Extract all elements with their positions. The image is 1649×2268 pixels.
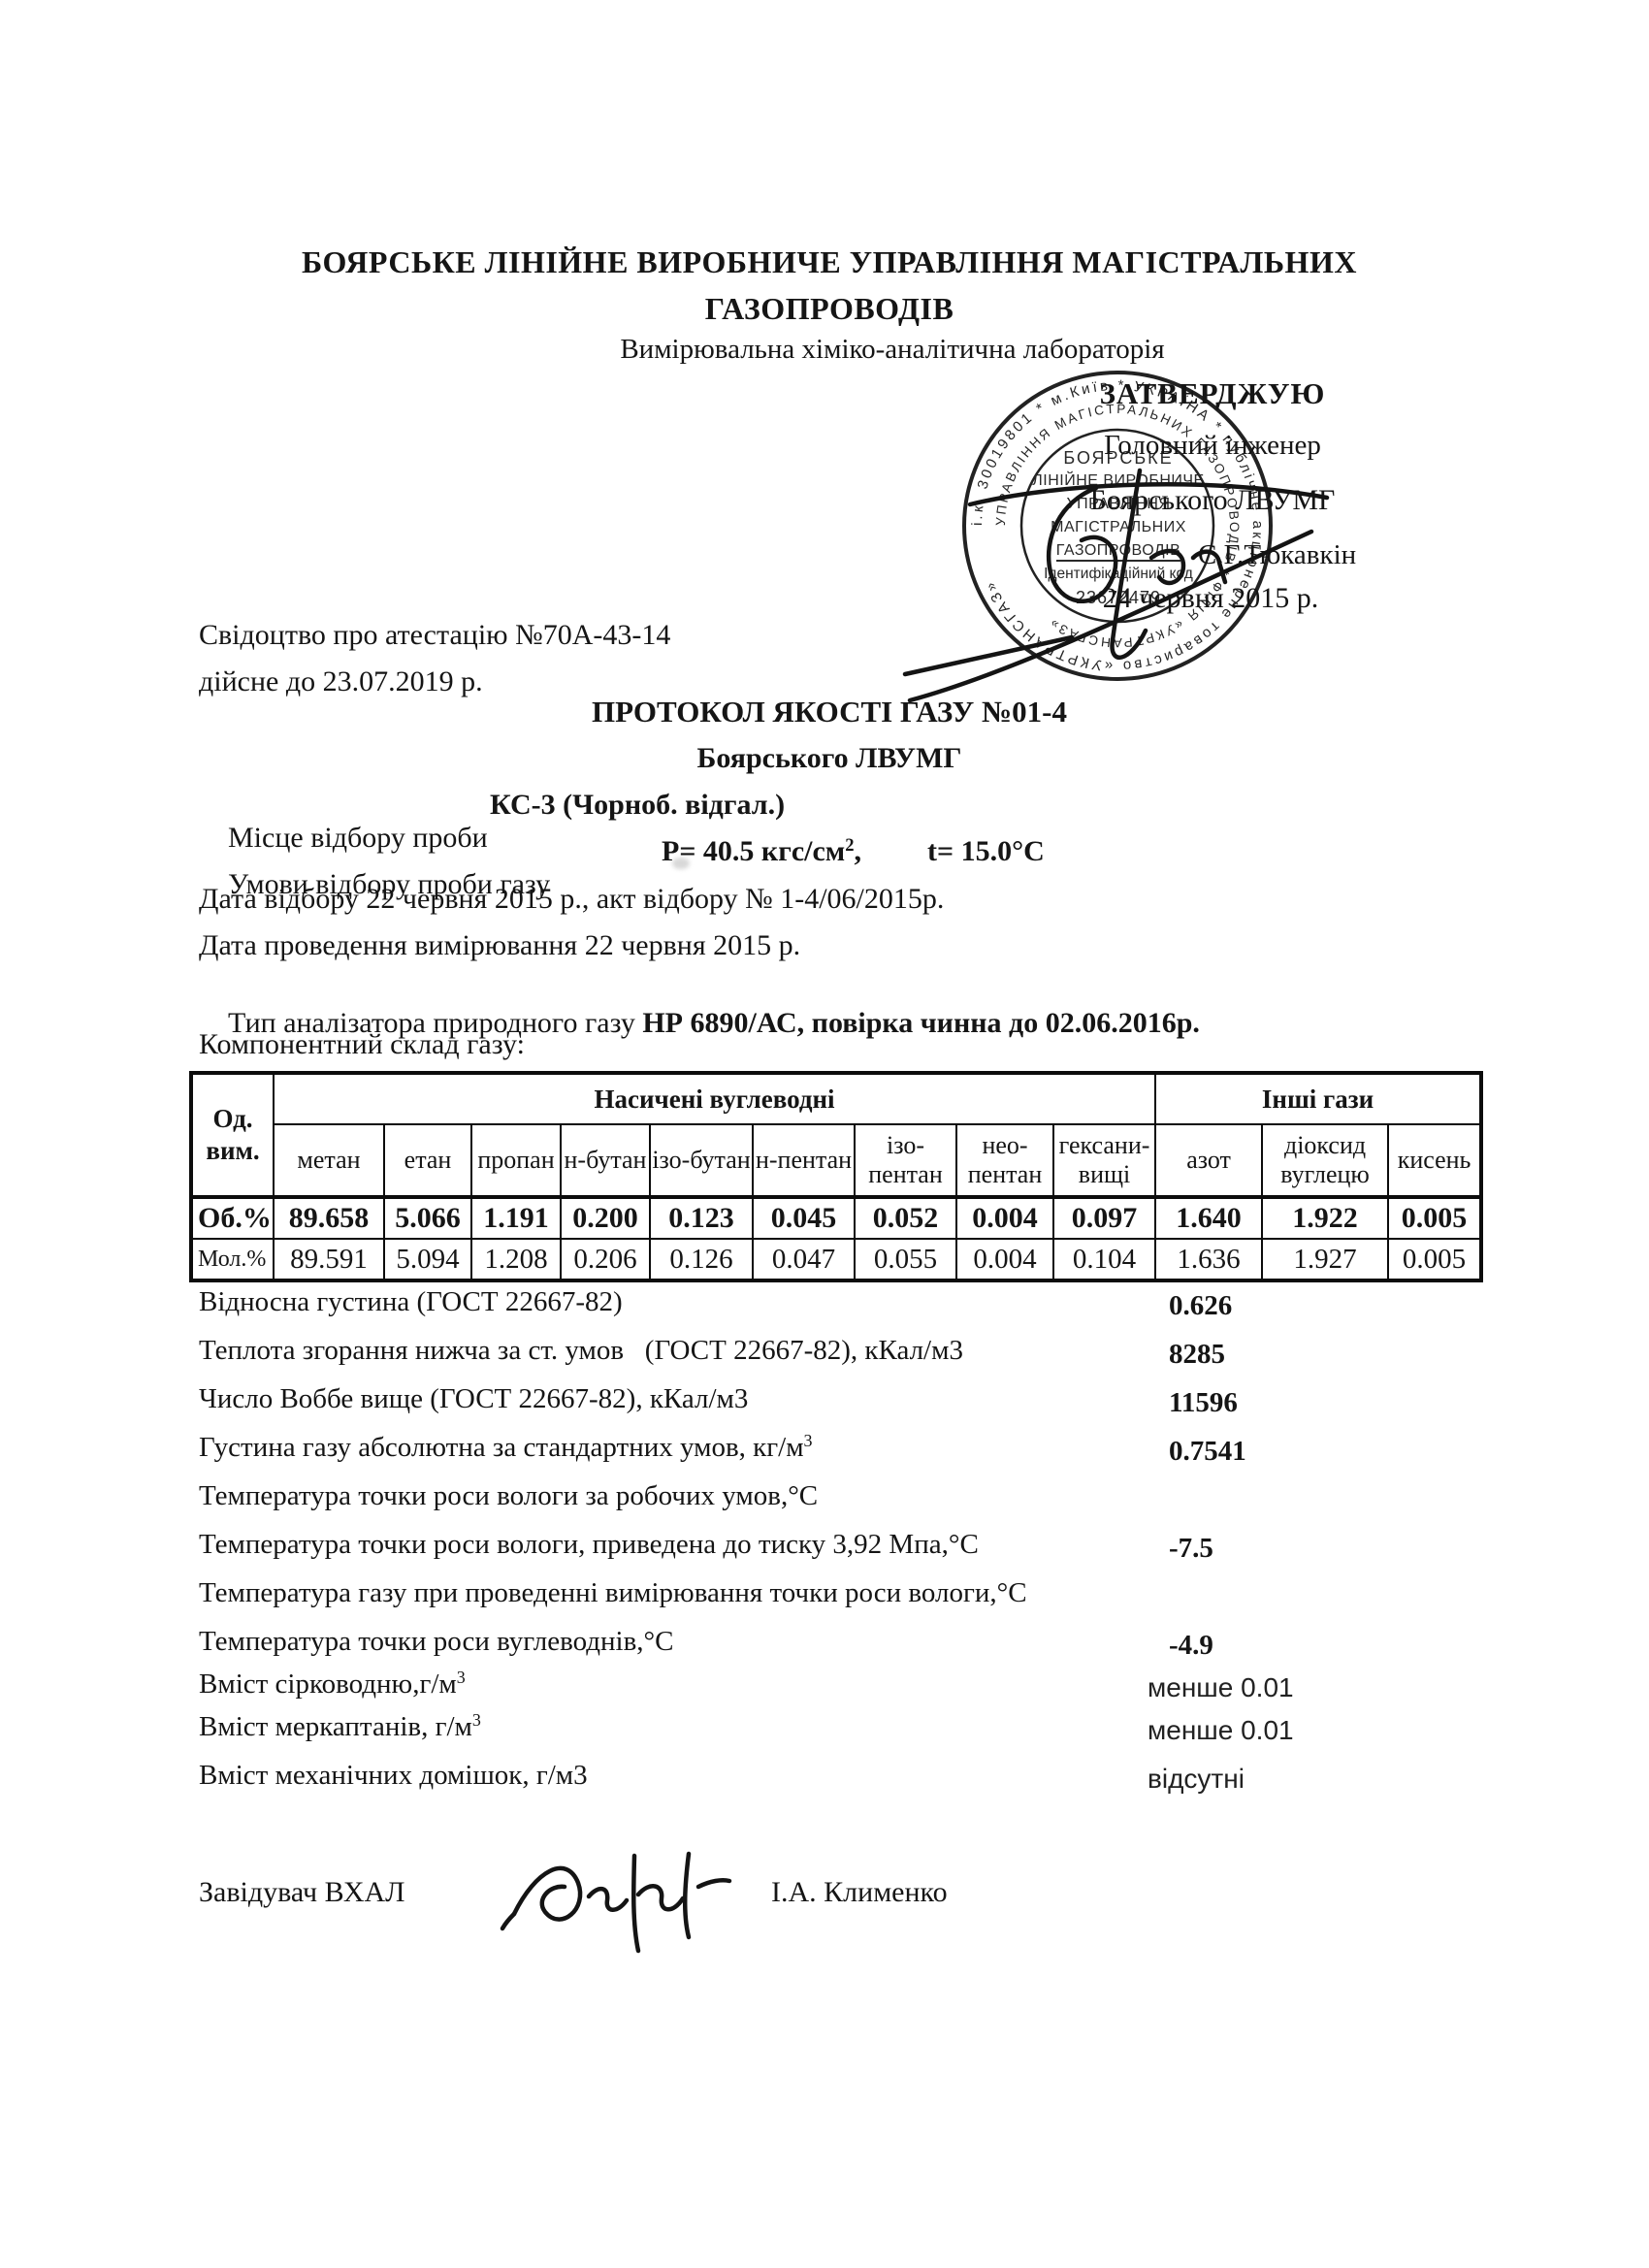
sampling-date-line: Дата відбору 22 червня 2015 р., акт відб… xyxy=(199,883,1499,916)
property-label: Теплота згорання нижча за ст. умов (ГОСТ… xyxy=(199,1335,963,1367)
value-cell: 5.066 xyxy=(384,1197,471,1239)
property-value: 11596 xyxy=(1169,1387,1238,1419)
property-row: Температура газу при проведенні вимірюва… xyxy=(199,1577,1489,1626)
property-label: Температура точки роси вуглеводнів,°С xyxy=(199,1626,673,1658)
composition-section-label: Компонентний склад газу: xyxy=(199,1028,1499,1061)
property-value: 0.626 xyxy=(1169,1290,1232,1322)
composition-table: Од. вим. Насичені вуглеводні Інші гази м… xyxy=(189,1071,1483,1282)
property-row: Теплота згорання нижча за ст. умов (ГОСТ… xyxy=(199,1335,1489,1383)
property-row: Температура точки роси вологи за робочих… xyxy=(199,1480,1489,1529)
value-cell: 0.004 xyxy=(956,1197,1053,1239)
value-cell: 1.927 xyxy=(1262,1239,1388,1280)
property-row: Відносна густина (ГОСТ 22667-82)0.626 xyxy=(199,1286,1489,1335)
sampling-place-value: КС-3 (Чорноб. відгал.) xyxy=(490,789,785,822)
value-cell: 0.045 xyxy=(753,1197,855,1239)
property-row: Вміст сірководню,г/м3менше 0.01 xyxy=(199,1669,1489,1711)
value-cell: 0.104 xyxy=(1053,1239,1155,1280)
property-row: Температура точки роси вологи, приведена… xyxy=(199,1529,1489,1577)
property-label: Температура газу при проведенні вимірюва… xyxy=(199,1577,1027,1609)
value-cell: 1.636 xyxy=(1155,1239,1262,1280)
value-cell: 0.097 xyxy=(1053,1197,1155,1239)
property-label: Вміст механічних домішок, г/м3 xyxy=(199,1760,588,1792)
value-cell: 1.640 xyxy=(1155,1197,1262,1239)
column-header: нео-пентан xyxy=(956,1124,1053,1197)
unit-header-cell: Од. вим. xyxy=(191,1073,274,1197)
value-cell: 0.123 xyxy=(650,1197,753,1239)
property-row: Вміст механічних домішок, г/м3відсутні xyxy=(199,1760,1489,1808)
column-header: н-пентан xyxy=(753,1124,855,1197)
org-title-line2: ГАЗОПРОВОДІВ xyxy=(145,285,1513,332)
property-row: Температура точки роси вуглеводнів,°С-4.… xyxy=(199,1626,1489,1669)
property-label: Температура точки роси вологи, приведена… xyxy=(199,1529,979,1561)
value-cell: 89.591 xyxy=(274,1239,384,1280)
property-label: Число Воббе вище (ГОСТ 22667-82), кКал/м… xyxy=(199,1383,748,1415)
property-label: Вміст меркаптанів, г/м3 xyxy=(199,1711,481,1743)
property-label: Температура точки роси вологи за робочих… xyxy=(199,1480,818,1512)
value-cell: 0.206 xyxy=(561,1239,650,1280)
scanned-document-page: БОЯРСЬКЕ ЛІНІЙНЕ ВИРОБНИЧЕ УПРАВЛІННЯ МА… xyxy=(0,0,1649,2268)
measurement-date-line: Дата проведення вимірювання 22 червня 20… xyxy=(199,929,1499,962)
value-cell: 1.922 xyxy=(1262,1197,1388,1239)
attestation-certificate-line: Свідоцтво про атестацію №70А-43-14 xyxy=(199,619,670,652)
protocol-subtitle: Боярського ЛВУМГ xyxy=(150,742,1508,775)
value-cell: 0.200 xyxy=(561,1197,650,1239)
temperature-value: t= 15.0°С xyxy=(927,835,1045,868)
signoff-name: І.А. Клименко xyxy=(771,1876,948,1909)
property-value: менше 0.01 xyxy=(1148,1672,1294,1703)
column-header: етан xyxy=(384,1124,471,1197)
value-cell: 0.005 xyxy=(1388,1239,1481,1280)
table-row: Мол.%89.5915.0941.2080.2060.1260.0470.05… xyxy=(191,1239,1481,1280)
head-of-lab-signature xyxy=(497,1836,734,1967)
table-row: Об.%89.6585.0661.1910.2000.1230.0450.052… xyxy=(191,1197,1481,1239)
table-column-header-row: метанетанпропанн-бутанізо-бутанн-пентані… xyxy=(191,1124,1481,1197)
group-other-gases: Інші гази xyxy=(1155,1073,1481,1124)
property-value: -7.5 xyxy=(1169,1533,1213,1565)
group-saturated-hydrocarbons: Насичені вуглеводні xyxy=(274,1073,1155,1124)
value-cell: 0.005 xyxy=(1388,1197,1481,1239)
signoff-role: Завідувач ВХАЛ xyxy=(199,1876,405,1909)
org-title-line1: БОЯРСЬКЕ ЛІНІЙНЕ ВИРОБНИЧЕ УПРАВЛІННЯ МА… xyxy=(145,239,1513,285)
row-unit-label: Мол.% xyxy=(191,1239,274,1280)
column-header: ізо-пентан xyxy=(855,1124,956,1197)
property-row: Число Воббе вище (ГОСТ 22667-82), кКал/м… xyxy=(199,1383,1489,1432)
column-header: метан xyxy=(274,1124,384,1197)
value-cell: 0.052 xyxy=(855,1197,956,1239)
column-header: пропан xyxy=(471,1124,561,1197)
chief-engineer-signature xyxy=(897,412,1373,723)
properties-list: Відносна густина (ГОСТ 22667-82)0.626Теп… xyxy=(199,1286,1489,1808)
column-header: кисень xyxy=(1388,1124,1481,1197)
value-cell: 1.208 xyxy=(471,1239,561,1280)
column-header: ізо-бутан xyxy=(650,1124,753,1197)
approve-label: ЗАТВЕРДЖУЮ xyxy=(1028,376,1397,411)
attestation-validity-line: дійсне до 23.07.2019 р. xyxy=(199,665,483,698)
pressure-value: Р= 40.5 кгс/см2, xyxy=(662,835,861,868)
value-cell: 0.004 xyxy=(956,1239,1053,1280)
value-cell: 0.126 xyxy=(650,1239,753,1280)
column-header: діоксидвуглецю xyxy=(1262,1124,1388,1197)
property-label: Густина газу абсолютна за стандартних ум… xyxy=(199,1432,813,1464)
composition-table-wrap: Од. вим. Насичені вуглеводні Інші гази м… xyxy=(189,1071,1483,1282)
value-cell: 0.055 xyxy=(855,1239,956,1280)
value-cell: 89.658 xyxy=(274,1197,384,1239)
lab-subtitle: Вимірювальна хіміко-аналітична лаборатор… xyxy=(213,334,1571,366)
property-value: -4.9 xyxy=(1169,1630,1213,1662)
column-header: гексани-вищі xyxy=(1053,1124,1155,1197)
property-value: відсутні xyxy=(1148,1764,1245,1795)
property-label: Вміст сірководню,г/м3 xyxy=(199,1669,466,1701)
org-title: БОЯРСЬКЕ ЛІНІЙНЕ ВИРОБНИЧЕ УПРАВЛІННЯ МА… xyxy=(145,239,1513,332)
column-header: азот xyxy=(1155,1124,1262,1197)
property-row: Густина газу абсолютна за стандартних ум… xyxy=(199,1432,1489,1480)
property-value: менше 0.01 xyxy=(1148,1715,1294,1746)
property-label: Відносна густина (ГОСТ 22667-82) xyxy=(199,1286,623,1318)
column-header: н-бутан xyxy=(561,1124,650,1197)
table-group-header-row: Од. вим. Насичені вуглеводні Інші гази xyxy=(191,1073,1481,1124)
property-value: 0.7541 xyxy=(1169,1436,1246,1468)
property-row: Вміст меркаптанів, г/м3менше 0.01 xyxy=(199,1711,1489,1760)
value-cell: 0.047 xyxy=(753,1239,855,1280)
property-value: 8285 xyxy=(1169,1339,1225,1371)
value-cell: 5.094 xyxy=(384,1239,471,1280)
row-unit-label: Об.% xyxy=(191,1197,274,1239)
value-cell: 1.191 xyxy=(471,1197,561,1239)
